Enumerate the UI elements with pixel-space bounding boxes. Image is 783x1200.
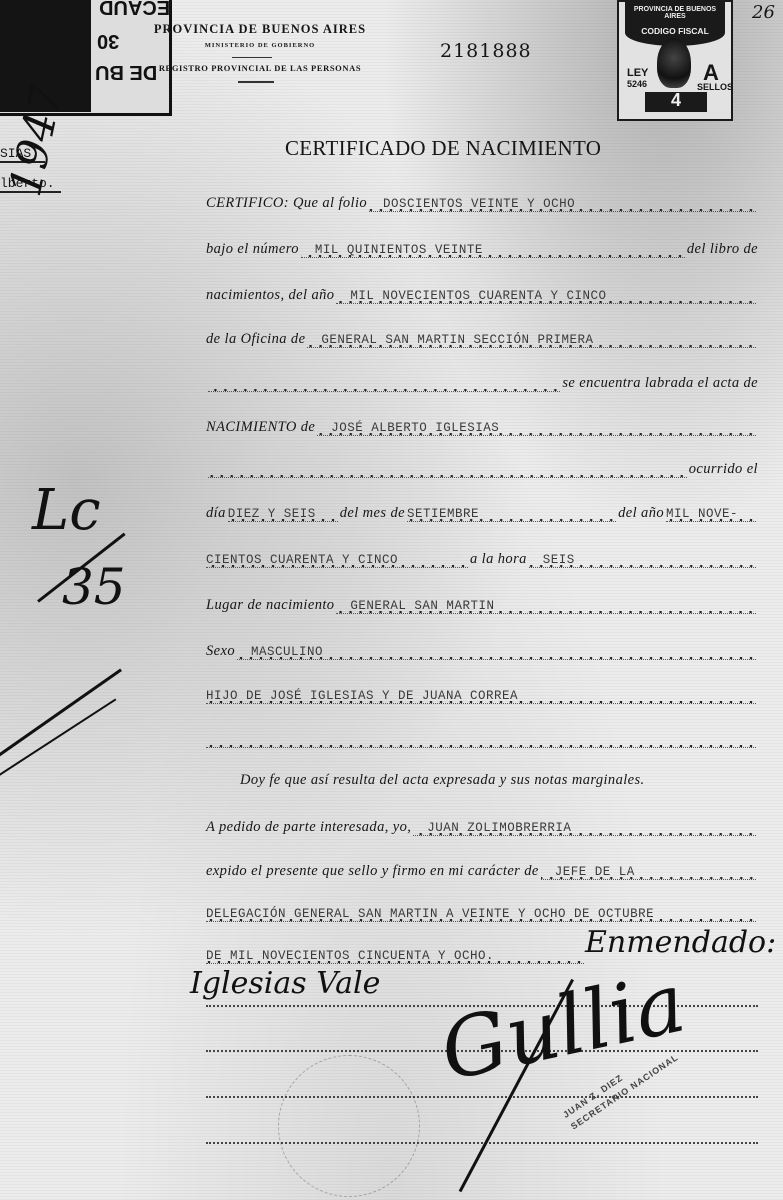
closing-row-fecha: DE MIL NOVECIENTOS CINCUENTA Y OCHO. [206,942,586,964]
ocurrido-suffix: ocurrido el [689,461,758,478]
form-row-anio-libro: nacimientos, del año MIL NOVECIENTOS CUA… [206,282,758,304]
mes-field: SETIEMBRE [407,501,616,522]
expido-field: JEFE DE LA [541,859,756,880]
official-seal [278,1055,420,1197]
hora-field: SEIS [529,547,756,568]
anio-label: del año [618,505,664,522]
dia-value: DIEZ Y SEIS [228,507,316,521]
anio-cont-field: CIENTOS CUARENTA Y CINCO [206,547,468,568]
oficina-field: GENERAL SAN MARTIN SECCIÓN PRIMERA [307,327,756,348]
fiscal-stamp-ley: LEY 5246 [627,68,648,90]
margin-handwritten-mark: Lc [32,478,101,543]
padres-field: HIJO DE JOSÉ IGLESIAS Y DE JUANA CORREA [206,683,756,704]
blank-field [206,727,756,748]
folio-label: CERTIFICO: Que al folio [206,195,367,212]
form-row-padres: HIJO DE JOSÉ IGLESIAS Y DE JUANA CORREA [206,682,758,704]
fiscal-stamp: PROVINCIA DE BUENOS AIRES CODIGO FISCAL … [617,0,733,121]
corner-mark: 26 [752,2,775,23]
form-row-labrada: se encuentra labrada el acta de [206,370,758,392]
nacimiento-value: JOSÉ ALBERTO IGLESIAS [317,421,499,435]
delegacion-value: DELEGACIÓN GENERAL SAN MARTIN A VEINTE Y… [206,907,654,921]
folio-field: DOSCIENTOS VEINTE Y OCHO [369,191,756,212]
sexo-field: MASCULINO [237,639,756,660]
bank-stamp-line2: 30 [97,29,119,52]
nacimiento-label: NACIMIENTO de [206,419,315,436]
mes-value: SETIEMBRE [407,507,479,521]
enmendado-word: Iglesias Vale [190,966,380,1001]
anio-value: MIL NOVE- [666,507,738,521]
closing-row-pedido: A pedido de parte interesada, yo, JUAN Z… [206,814,758,836]
ocurrido-field [208,457,687,478]
form-row-lugar: Lugar de nacimiento GENERAL SAN MARTIN [206,592,758,614]
lugar-label: Lugar de nacimiento [206,597,334,614]
lugar-value: GENERAL SAN MARTIN [336,599,494,613]
header-divider [238,81,274,83]
padres-value: HIJO DE JOSÉ IGLESIAS Y DE JUANA CORREA [206,689,518,703]
fiscal-stamp-top: PROVINCIA DE BUENOS AIRES [625,6,725,20]
pedido-value: JUAN ZOLIMOBRERRIA [413,821,571,835]
dia-field: DIEZ Y SEIS [228,501,338,522]
sexo-label: Sexo [206,643,235,660]
anio-libro-label: nacimientos, del año [206,287,334,304]
form-row-nacimiento: NACIMIENTO de JOSÉ ALBERTO IGLESIAS [206,414,758,436]
form-row-ocurrido: ocurrido el [206,456,758,478]
pedido-field: JUAN ZOLIMOBRERRIA [413,815,756,836]
labrada-field [208,371,560,392]
anio-libro-value: MIL NOVECIENTOS CUARENTA Y CINCO [336,289,606,303]
lugar-field: GENERAL SAN MARTIN [336,593,756,614]
numero-field: MIL QUINIENTOS VEINTE [301,237,685,258]
numero-label: bajo el número [206,241,299,258]
document-title: CERTIFICADO DE NACIMIENTO [285,136,601,161]
mes-label: del mes de [340,505,405,522]
form-row-blank [206,726,758,748]
fecha-value: DE MIL NOVECIENTOS CINCUENTA Y OCHO. [206,949,494,963]
fiscal-stamp-value: 4 [645,90,707,111]
header-registry: REGISTRO PROVINCIAL DE LAS PERSONAS [135,63,385,73]
form-row-dia: día DIEZ Y SEIS del mes de SETIEMBRE del… [206,500,758,522]
numero-suffix: del libro de [687,241,758,258]
closing-row-delegacion: DELEGACIÓN GENERAL SAN MARTIN A VEINTE Y… [206,900,758,922]
fiscal-stamp-band-text: CODIGO FISCAL [625,26,725,36]
anio-cont-value: CIENTOS CUARENTA Y CINCO [206,553,398,567]
hora-value: SEIS [529,553,575,567]
serial-number: 2181888 [440,40,532,62]
dia-label: día [206,505,226,522]
fiscal-stamp-ley-number: 5246 [627,79,647,89]
pedido-label: A pedido de parte interesada, yo, [206,819,411,836]
form-row-oficina: de la Oficina de GENERAL SAN MARTIN SECC… [206,326,758,348]
folio-value: DOSCIENTOS VEINTE Y OCHO [369,197,575,211]
enmendado-note: Enmendado: [585,925,776,960]
delegacion-field: DELEGACIÓN GENERAL SAN MARTIN A VEINTE Y… [206,901,756,922]
oficina-label: de la Oficina de [206,331,305,348]
closing-row-expido: expido el presente que sello y firmo en … [206,858,758,880]
nacimiento-field: JOSÉ ALBERTO IGLESIAS [317,415,756,436]
fiscal-stamp-ley-label: LEY [627,67,648,79]
form-row-folio: CERTIFICO: Que al folio DOSCIENTOS VEINT… [206,190,758,212]
sexo-value: MASCULINO [237,645,323,659]
header-divider [232,57,272,58]
form-row-numero: bajo el número MIL QUINIENTOS VEINTE del… [206,236,758,258]
bank-stamp-line1: RECAUD [99,0,172,18]
anio-field: MIL NOVE- [666,501,756,522]
hora-label: a la hora [470,551,527,568]
fecha-field: DE MIL NOVECIENTOS CINCUENTA Y OCHO. [206,943,584,964]
doy-fe-text: Doy fe que así resulta del acta expresad… [240,772,645,789]
expido-value: JEFE DE LA [541,865,635,879]
margin-handwritten-fraction: 35 [62,558,126,616]
header-province: PROVINCIA DE BUENOS AIRES [140,22,380,37]
numero-value: MIL QUINIENTOS VEINTE [301,243,483,257]
anio-libro-field: MIL NOVECIENTOS CUARENTA Y CINCO [336,283,756,304]
labrada-suffix: se encuentra labrada el acta de [562,375,758,392]
portrait-icon [657,38,691,88]
expido-label: expido el presente que sello y firmo en … [206,863,539,880]
form-row-hora: CIENTOS CUARENTA Y CINCO a la hora SEIS [206,546,758,568]
form-row-sexo: Sexo MASCULINO [206,638,758,660]
oficina-value: GENERAL SAN MARTIN SECCIÓN PRIMERA [307,333,593,347]
header-ministry: MINISTERIO DE GOBIERNO [140,42,380,49]
